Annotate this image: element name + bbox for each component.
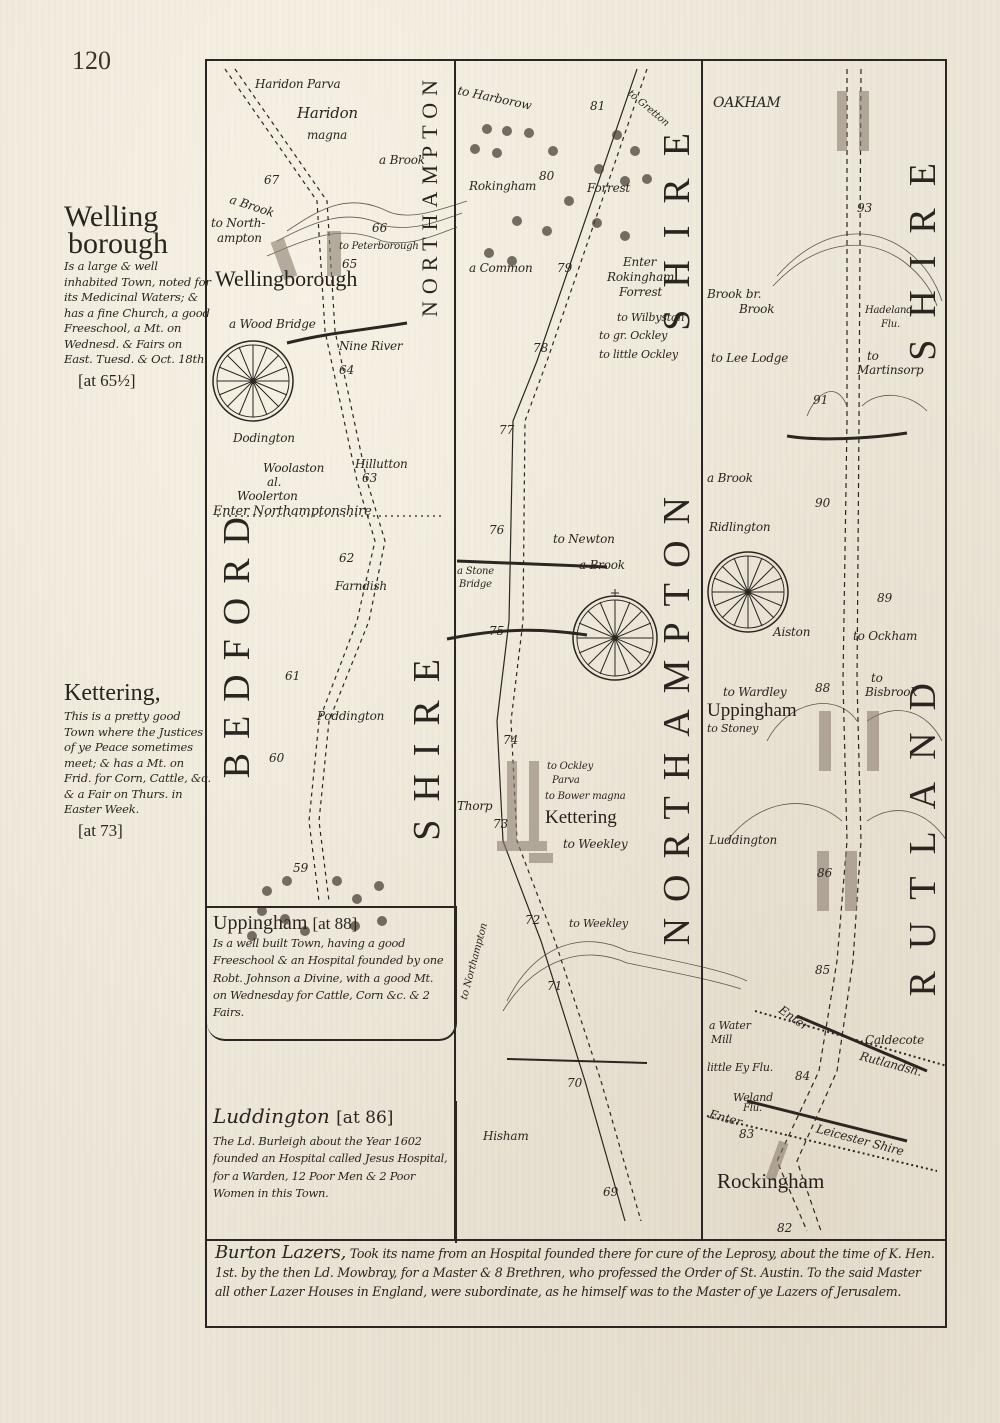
note-body: The Ld. Burleigh about the Year 1602 fou… xyxy=(213,1133,449,1202)
place-label: to Newton xyxy=(553,532,615,546)
place-label: to Stoney xyxy=(707,722,758,735)
place-label: Farndish xyxy=(335,579,387,593)
place-label: Woolaston xyxy=(263,461,324,475)
county-label-bedford: BEDFORD xyxy=(215,503,259,778)
mile-marker: 59 xyxy=(293,861,308,875)
place-label: Rokingham xyxy=(607,270,674,284)
mile-marker: 71 xyxy=(547,979,562,993)
place-label: to xyxy=(867,349,879,363)
place-label: to Bower magna xyxy=(545,791,625,802)
place-label: a Wood Bridge xyxy=(229,317,316,331)
mile-marker: 73 xyxy=(493,817,508,831)
county-label-shire: SHIRE xyxy=(901,141,945,361)
mile-marker: 79 xyxy=(557,261,572,275)
mile-marker: 93 xyxy=(857,201,872,215)
place-label: to Lee Lodge xyxy=(711,351,788,365)
place-label: Haridon Parva xyxy=(255,77,340,91)
place-label: Ridlington xyxy=(709,520,770,534)
route-drawing xyxy=(207,61,949,1243)
place-label: Forrest xyxy=(587,181,630,195)
town-label-kettering: Kettering xyxy=(545,807,617,829)
mile-marker: 75 xyxy=(489,624,504,638)
compass-rose-icon xyxy=(213,341,293,421)
place-label: Flu. xyxy=(743,1103,762,1114)
place-label: a Water xyxy=(709,1019,751,1032)
place-label: Bridge xyxy=(459,579,492,590)
place-label: Forrest xyxy=(619,285,662,299)
place-label: a Brook xyxy=(379,153,425,167)
mile-marker: 63 xyxy=(362,471,377,485)
mile-marker: 76 xyxy=(489,523,504,537)
place-label: al. xyxy=(267,475,281,489)
county-label-shire: SHIRE xyxy=(405,641,449,841)
county-label-northampton: NORTHAMPTON xyxy=(417,73,443,317)
place-label: to Weekley xyxy=(563,837,627,851)
place-label: Brook br. xyxy=(707,287,761,301)
note-ref: [at 88] xyxy=(312,914,357,933)
place-label: a Brook xyxy=(707,471,753,485)
note-title: Burton Lazers, xyxy=(215,1242,346,1263)
place-label: to North- xyxy=(211,216,265,230)
county-label-northampton: NORTHAMPTON xyxy=(655,481,699,945)
mile-marker: 84 xyxy=(795,1069,810,1083)
place-label: to gr. Ockley xyxy=(599,329,667,342)
place-label: ampton xyxy=(217,231,262,245)
mile-marker: 82 xyxy=(777,1221,792,1235)
mile-marker: 77 xyxy=(499,423,514,437)
place-label: Aiston xyxy=(773,625,810,639)
mile-marker: 90 xyxy=(815,496,830,510)
mile-marker: 66 xyxy=(372,221,387,235)
place-label: little Ey Flu. xyxy=(707,1061,773,1074)
place-label: Haridon xyxy=(297,104,358,122)
place-label: a Stone xyxy=(457,566,494,577)
side-note-title-2: borough xyxy=(64,230,214,257)
place-label: Hillutton xyxy=(355,457,408,471)
place-label: Parva xyxy=(552,775,580,786)
place-label: Dodington xyxy=(233,431,295,445)
mile-marker: 88 xyxy=(815,681,830,695)
mile-marker: 61 xyxy=(285,669,300,683)
mile-marker: 64 xyxy=(339,363,354,377)
mile-marker: 89 xyxy=(877,591,892,605)
place-label: Luddington xyxy=(709,833,777,847)
place-label: Martinsorp xyxy=(857,363,923,377)
place-label: to xyxy=(871,671,883,685)
note-title: Uppingham xyxy=(213,912,307,934)
place-label: a Common xyxy=(469,261,533,275)
place-label: Enter Northamptonshire xyxy=(213,504,372,519)
note-box-uppingham: Uppingham [at 88] Is a well built Town, … xyxy=(207,906,457,1041)
side-note-body: Is a large & well inhabited Town, noted … xyxy=(64,259,214,368)
place-label: Flu. xyxy=(881,319,900,330)
map-frame: BEDFORD SHIRE NORTHAMPTON NORTHAMPTON SH… xyxy=(205,59,947,1241)
side-note-ref: [at 65½] xyxy=(64,371,214,391)
town-label-wellingborough: Wellingborough xyxy=(215,266,357,292)
mile-marker: 91 xyxy=(813,393,828,407)
place-label: Hadeland xyxy=(865,305,912,316)
mile-marker: 83 xyxy=(739,1127,754,1141)
town-label-rockingham: Rockingham xyxy=(717,1169,824,1194)
note-ref: [at 86] xyxy=(336,1108,393,1128)
side-note-title: Kettering, xyxy=(64,680,214,707)
place-label: a Brook xyxy=(579,558,625,572)
place-label: to little Ockley xyxy=(599,348,678,361)
place-label: Mill xyxy=(711,1033,732,1046)
mile-marker: 86 xyxy=(817,866,832,880)
place-label: Poddington xyxy=(317,709,384,723)
place-label: Bisbrook xyxy=(865,685,917,699)
county-label-rutland: RUTLAND xyxy=(901,661,945,997)
mile-marker: 78 xyxy=(533,341,548,355)
place-label: Brook xyxy=(739,302,774,316)
side-note-body: This is a pretty good Town where the Jus… xyxy=(64,709,214,818)
place-label: to Weekley xyxy=(569,917,628,930)
mile-marker: 67 xyxy=(264,173,279,187)
mile-marker: 65 xyxy=(342,257,357,271)
side-note-ref: [at 73] xyxy=(64,821,214,841)
place-label: to Ockley xyxy=(547,761,593,772)
place-label: to Wardley xyxy=(723,685,786,699)
town-label-uppingham: Uppingham xyxy=(707,700,797,722)
place-label: Thorp xyxy=(457,799,492,813)
note-title: Luddington xyxy=(213,1104,330,1128)
mile-marker: 62 xyxy=(339,551,354,565)
place-label: Hisham xyxy=(483,1129,529,1143)
mile-marker: 69 xyxy=(603,1185,618,1199)
place-label-oakham: OAKHAM xyxy=(713,95,781,111)
side-note-title: Welling xyxy=(64,203,214,230)
side-note-wellingborough: Welling borough Is a large & well inhabi… xyxy=(64,203,214,391)
place-label: Rokingham xyxy=(469,179,536,193)
place-label: Caldecote xyxy=(865,1033,924,1047)
note-body: Is a well built Town, having a good Free… xyxy=(213,935,449,1021)
mile-marker: 72 xyxy=(525,913,540,927)
note-box-luddington: Luddington [at 86] The Ld. Burleigh abou… xyxy=(207,1101,457,1243)
place-label: Enter xyxy=(623,255,656,269)
place-label: magna xyxy=(307,128,347,142)
place-label: to Ockham xyxy=(853,629,917,643)
mile-marker: 80 xyxy=(539,169,554,183)
mile-marker: 74 xyxy=(503,733,518,747)
mile-marker: 81 xyxy=(590,99,605,113)
place-label: Woolerton xyxy=(237,489,298,503)
place-label: Nine River xyxy=(339,339,402,353)
place-label: to Wilbyston xyxy=(617,311,684,324)
mile-marker: 70 xyxy=(567,1076,582,1090)
page-number: 120 xyxy=(72,46,111,76)
note-box-burton-lazers: Burton Lazers, Took its name from an Hos… xyxy=(205,1240,947,1328)
mile-marker: 60 xyxy=(269,751,284,765)
place-label: to Peterborough xyxy=(339,241,419,252)
mile-marker: 85 xyxy=(815,963,830,977)
side-note-kettering: Kettering, This is a pretty good Town wh… xyxy=(64,680,214,841)
